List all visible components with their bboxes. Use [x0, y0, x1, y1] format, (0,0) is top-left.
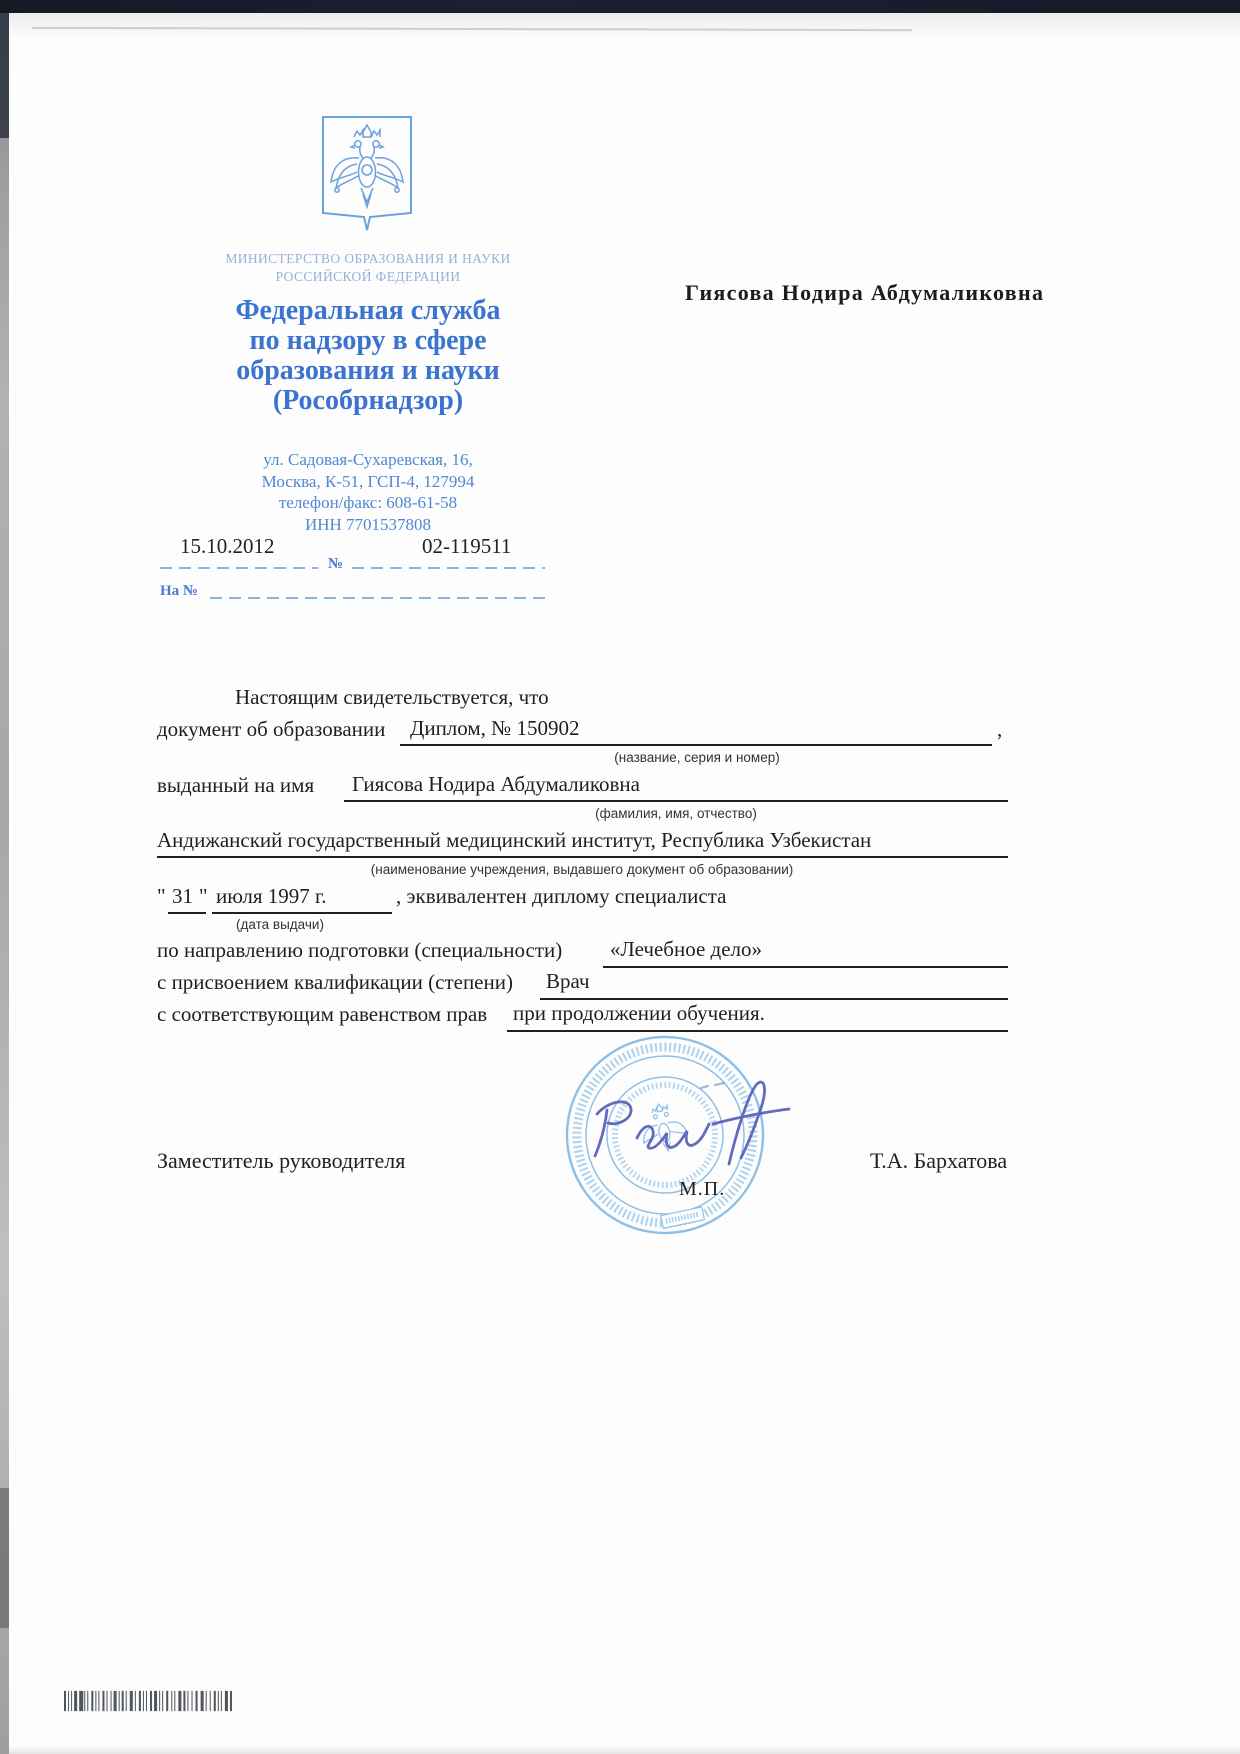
agency-address: ул. Садовая-Сухаревская, 16, Москва, К-5…: [168, 449, 568, 535]
address-line-1: ул. Садовая-Сухаревская, 16,: [168, 449, 568, 471]
doc-caption: (название, серия и номер): [447, 750, 947, 765]
incoming-number-label: На №: [160, 583, 198, 600]
agency-line-2: по надзору в сфере: [143, 326, 593, 356]
issue-date-underline: [212, 912, 392, 914]
date-dashed-line: [160, 567, 318, 569]
coat-of-arms-icon: [320, 114, 414, 236]
issue-day: 31: [172, 884, 193, 909]
doc-value: Диплом, № 150902: [410, 716, 579, 741]
letter-number: 02-119511: [422, 534, 511, 559]
signer-name: Т.А. Бархатова: [870, 1148, 1007, 1174]
scan-artifact-left-mark: [0, 13, 9, 138]
specialty-value: «Лечебное дело»: [610, 937, 762, 962]
address-line-3: телефон/факс: 608-61-58: [168, 492, 568, 514]
barcode: [64, 1690, 234, 1712]
handwritten-signature: [583, 1076, 801, 1172]
name-underline: [344, 800, 1008, 802]
ministry-name: МИНИСТЕРСТВО ОБРАЗОВАНИЯ И НАУКИ РОССИЙС…: [168, 250, 568, 286]
recipient-name: Гиясова Нодира Абдумаликовна: [685, 280, 1044, 306]
issue-caption: (дата выдачи): [180, 917, 380, 932]
name-value: Гиясова Нодира Абдумаликовна: [352, 772, 640, 797]
signer-position-title: Заместитель руководителя: [157, 1148, 405, 1174]
scan-artifact-bottom-edge: [9, 1746, 1240, 1754]
institution-caption: (наименование учреждения, выдавшего доку…: [252, 862, 912, 877]
scan-artifact-top-edge: [0, 0, 1240, 13]
address-line-4: ИНН 7701537808: [168, 514, 568, 536]
institution-underline: [157, 856, 1008, 858]
rights-value: при продолжении обучения.: [513, 1001, 765, 1026]
address-line-2: Москва, К-51, ГСП-4, 127994: [168, 471, 568, 493]
issue-rest: июля 1997 г.: [216, 884, 327, 909]
scan-artifact-top-band: [0, 13, 1240, 37]
qualification-underline: [540, 998, 1008, 1000]
scan-artifact-left-mark-2: [0, 1488, 9, 1628]
scanned-document-page: МИНИСТЕРСТВО ОБРАЗОВАНИЯ И НАУКИ РОССИЙС…: [0, 0, 1240, 1754]
doc-prefix: документ об образовании: [157, 717, 385, 742]
ministry-line-2: РОССИЙСКОЙ ФЕДЕРАЦИИ: [168, 268, 568, 286]
qualification-value: Врач: [546, 969, 590, 994]
doc-underline: [400, 744, 992, 746]
number-dashed-line: [352, 567, 545, 569]
name-caption: (фамилия, имя, отчество): [426, 806, 926, 821]
number-sign: №: [328, 556, 343, 573]
issue-quote-open: ": [157, 884, 166, 909]
rights-prefix: с соответствующим равенством прав: [157, 1002, 487, 1027]
equivalence-text: , эквивалентен диплому специалиста: [396, 884, 726, 909]
incoming-number-dashed-line: [210, 597, 545, 599]
issue-day-underline: [168, 912, 206, 914]
issue-quote-close: ": [199, 884, 208, 909]
body-intro: Настоящим свидетельствуется, что: [235, 685, 549, 710]
institution-value: Андижанский государственный медицинский …: [157, 828, 871, 853]
name-prefix: выданный на имя: [157, 773, 314, 798]
doc-trailing-comma: ,: [997, 717, 1002, 742]
agency-line-1: Федеральная служба: [143, 296, 593, 326]
agency-line-3: образования и науки: [143, 356, 593, 386]
agency-line-4: (Рособрнадзор): [143, 386, 593, 416]
seal-place-mark: М.П.: [679, 1178, 725, 1201]
ministry-line-1: МИНИСТЕРСТВО ОБРАЗОВАНИЯ И НАУКИ: [168, 250, 568, 268]
agency-name: Федеральная служба по надзору в сфере об…: [143, 296, 593, 416]
specialty-underline: [603, 966, 1008, 968]
letter-date: 15.10.2012: [180, 534, 275, 559]
specialty-prefix: по направлению подготовки (специальности…: [157, 938, 562, 963]
qualification-prefix: с присвоением квалификации (степени): [157, 970, 513, 995]
